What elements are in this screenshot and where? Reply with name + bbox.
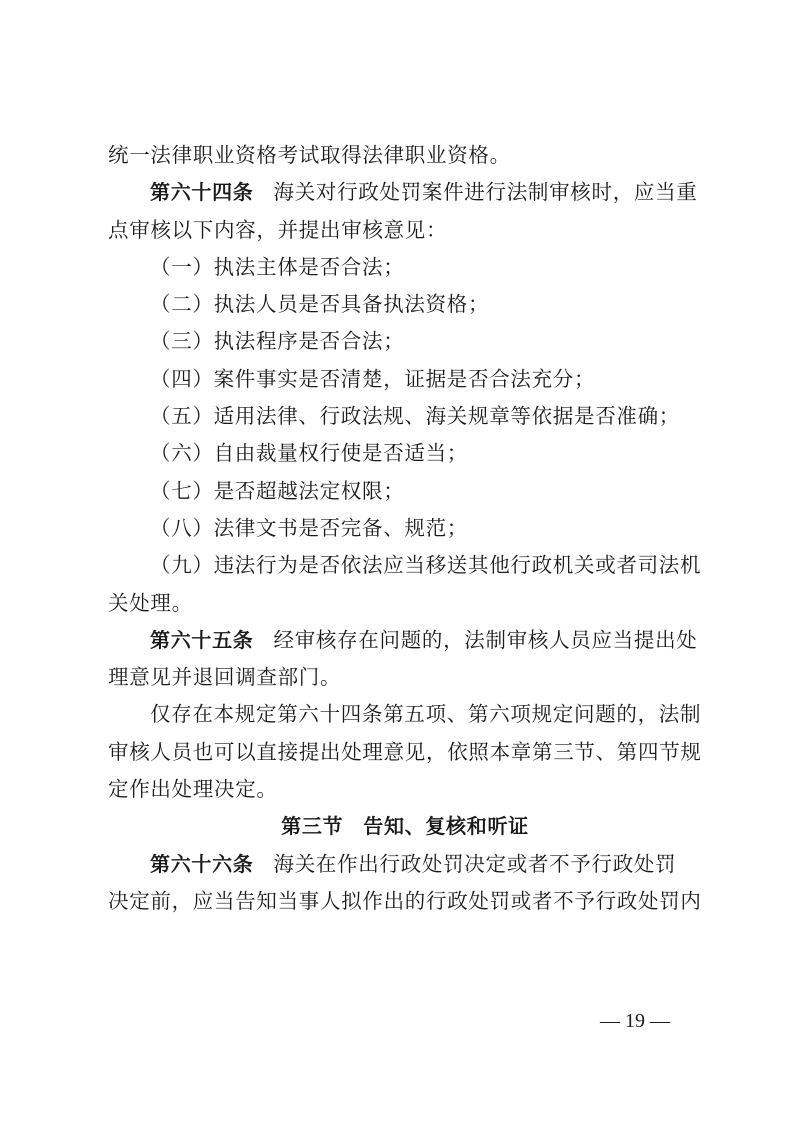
article-heading: 第六十四条 — [150, 180, 254, 204]
page-number: — 19 — — [600, 1010, 670, 1033]
section-title: 告知、复核和听证 — [363, 814, 529, 838]
paragraph-line: 关处理。 — [108, 585, 702, 622]
list-item: （八）法律文书是否完备、规范； — [108, 510, 702, 547]
list-item: （六）自由裁量权行使是否适当； — [108, 435, 702, 472]
paragraph-line: 定作出处理决定。 — [108, 771, 702, 808]
paragraph-line: 统一法律职业资格考试取得法律职业资格。 — [108, 137, 702, 174]
article-heading: 第六十六条 — [150, 852, 254, 876]
paragraph-line: 理意见并退回调查部门。 — [108, 659, 702, 696]
list-item: （三）执法程序是否合法； — [108, 323, 702, 360]
list-item: （一）执法主体是否合法； — [108, 249, 702, 286]
article-64-line: 第六十四条海关对行政处罚案件进行法制审核时，应当重 — [108, 174, 702, 211]
section-heading: 第三节告知、复核和听证 — [108, 808, 702, 845]
article-text: 海关对行政处罚案件进行法制审核时，应当重 — [274, 180, 698, 204]
paragraph-line: 审核人员也可以直接提出处理意见，依照本章第三节、第四节规 — [108, 734, 702, 771]
paragraph-line: 点审核以下内容，并提出审核意见： — [108, 212, 702, 249]
list-item: （七）是否超越法定权限； — [108, 473, 702, 510]
paragraph-line: 仅存在本规定第六十四条第五项、第六项规定问题的，法制 — [108, 696, 702, 733]
list-item: （九）违法行为是否依法应当移送其他行政机关或者司法机 — [108, 547, 702, 584]
section-label: 第三节 — [281, 814, 343, 838]
article-text: 海关在作出行政处罚决定或者不予行政处罚 — [274, 852, 677, 876]
article-65-line: 第六十五条经审核存在问题的，法制审核人员应当提出处 — [108, 622, 702, 659]
article-heading: 第六十五条 — [150, 628, 254, 652]
list-item: （四）案件事实是否清楚，证据是否合法充分； — [108, 361, 702, 398]
list-item: （二）执法人员是否具备执法资格； — [108, 286, 702, 323]
document-page: 统一法律职业资格考试取得法律职业资格。 第六十四条海关对行政处罚案件进行法制审核… — [108, 137, 702, 920]
paragraph-line: 决定前，应当告知当事人拟作出的行政处罚或者不予行政处罚内 — [108, 883, 702, 920]
list-item: （五）适用法律、行政法规、海关规章等依据是否准确； — [108, 398, 702, 435]
article-text: 经审核存在问题的，法制审核人员应当提出处 — [274, 628, 698, 652]
article-66-line: 第六十六条海关在作出行政处罚决定或者不予行政处罚 — [108, 846, 702, 883]
